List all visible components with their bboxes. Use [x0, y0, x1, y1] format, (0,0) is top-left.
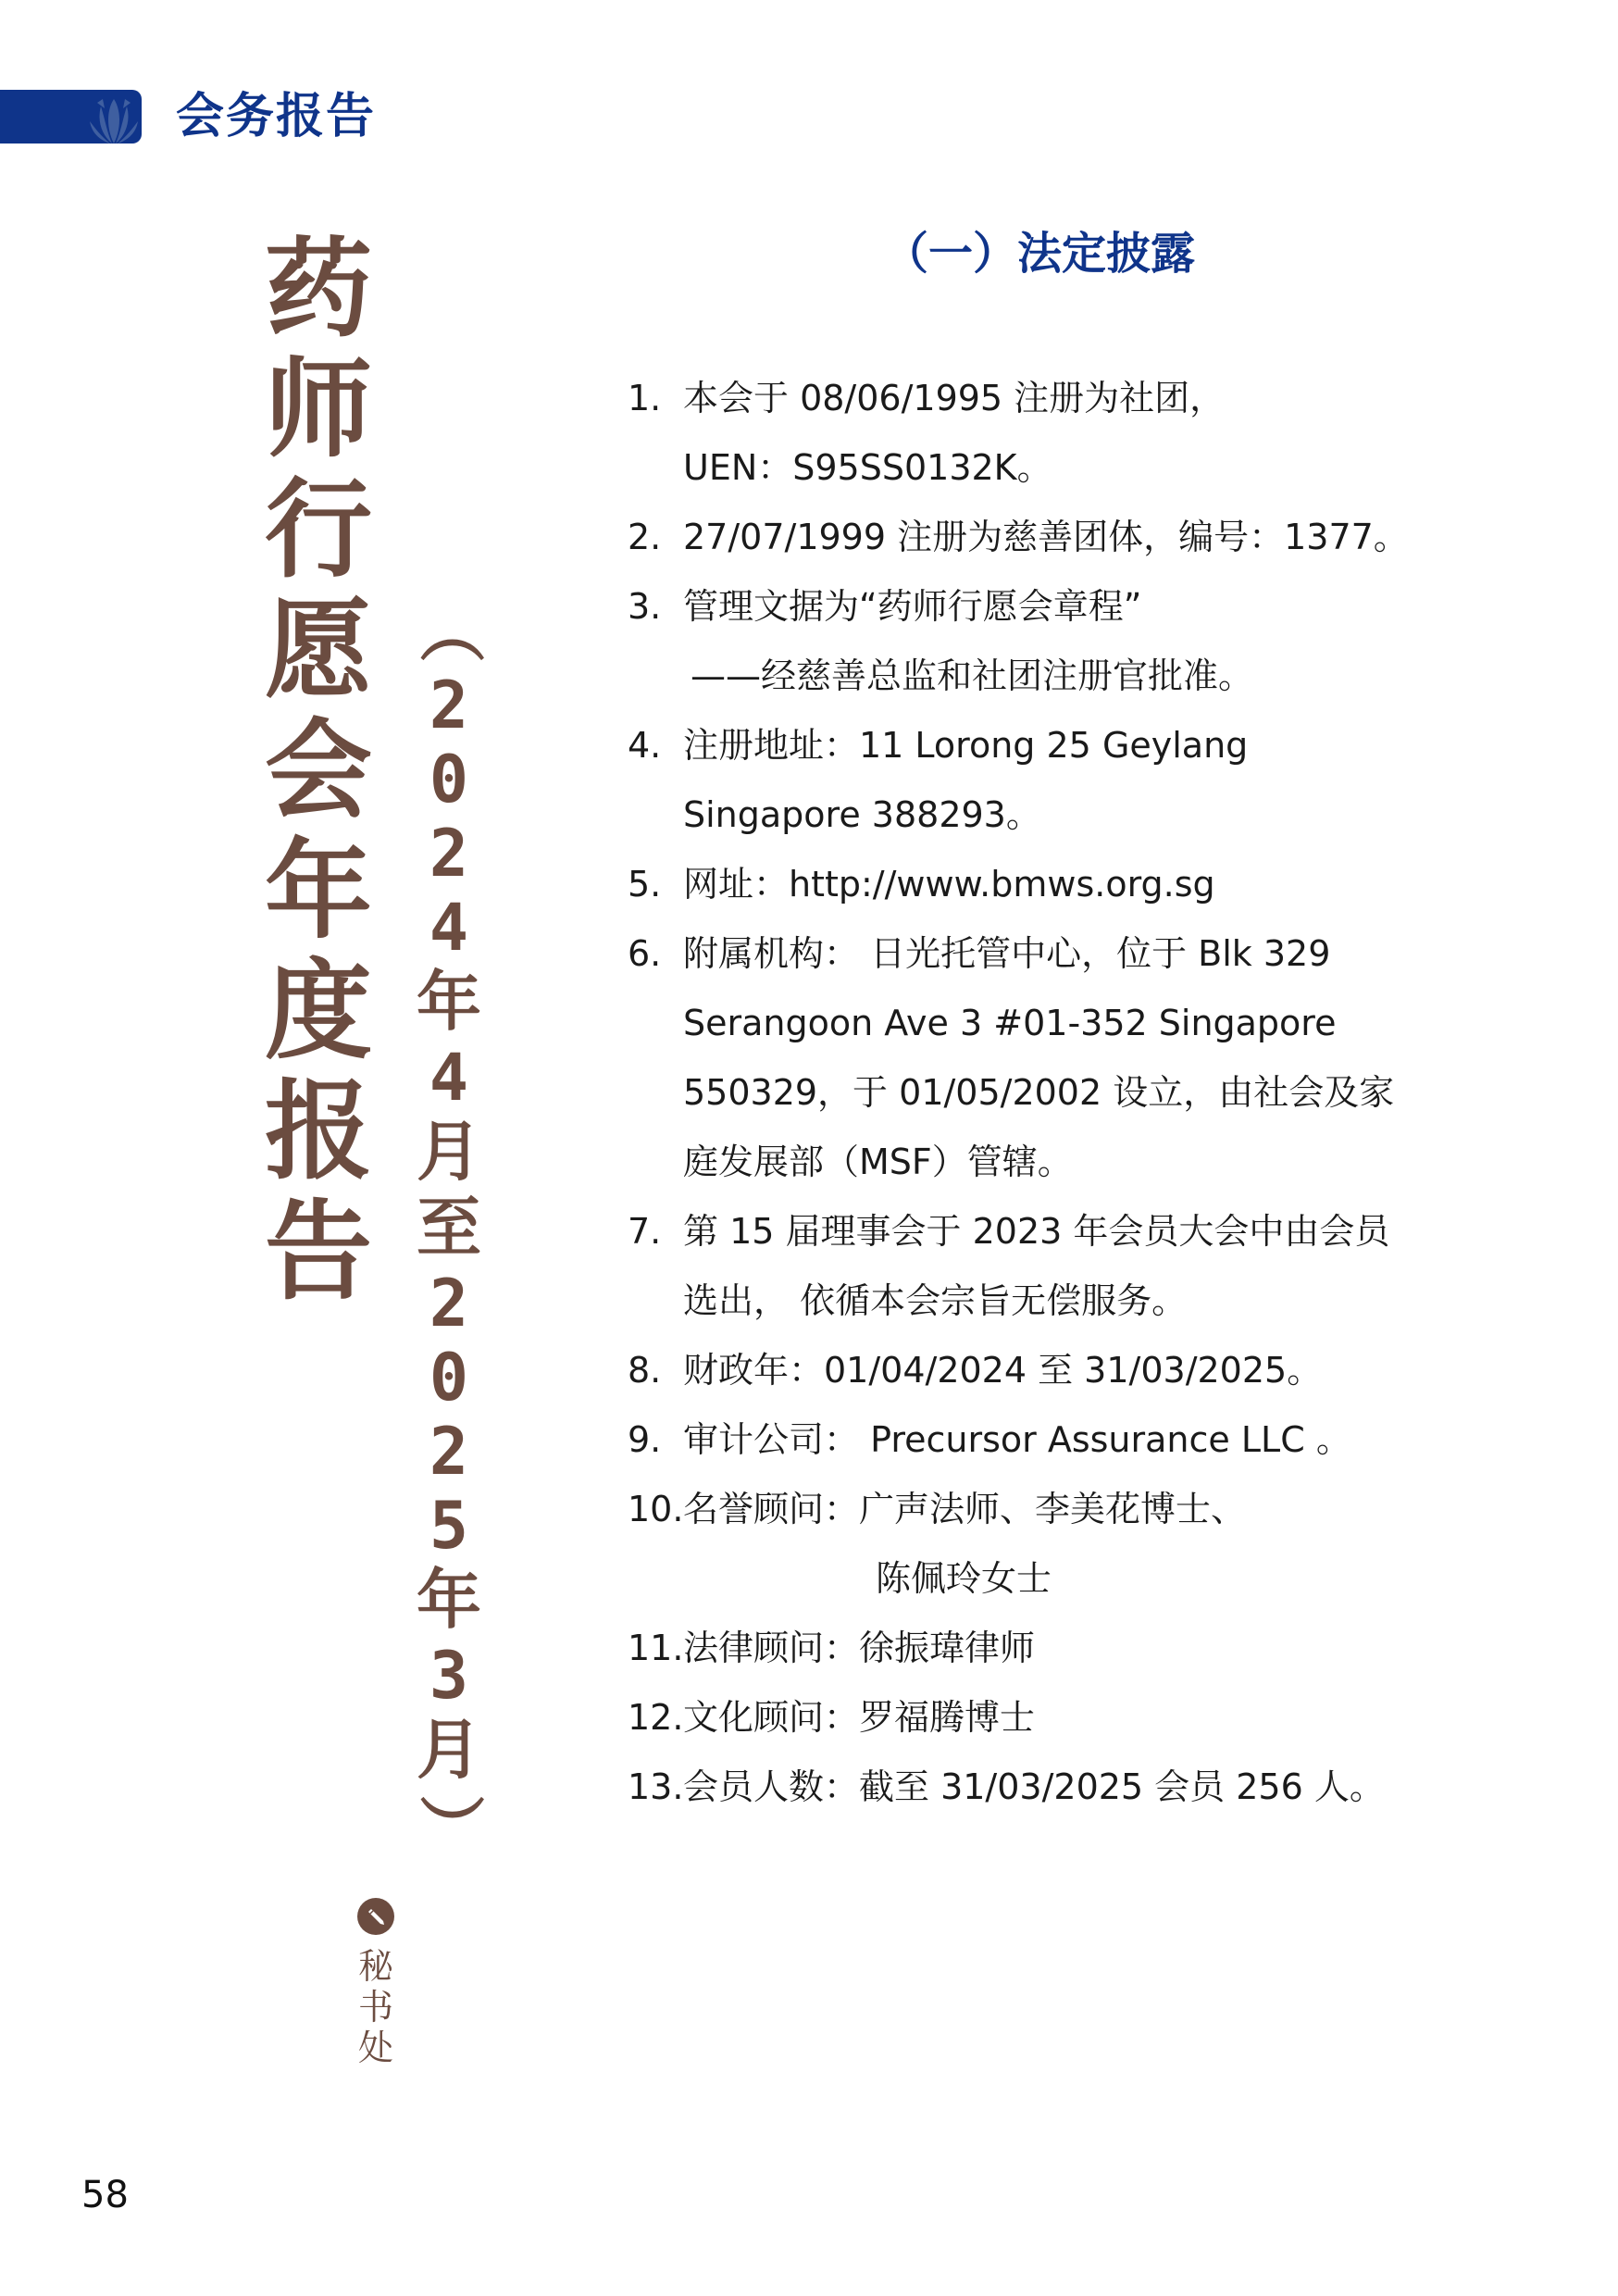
- website-link[interactable]: 网址：http://www.bmws.org.sg: [683, 850, 1215, 919]
- title-char: 度: [261, 952, 376, 1072]
- list-item: 7.第 15 届理事会于 2023 年会员大会中由会员: [628, 1197, 1553, 1267]
- vertical-subtitle: （ 2 0 2 4 年 4 月 至 2 0 2 5 年 3 月 ）: [407, 593, 491, 1865]
- item-text: 财政年：01/04/2024 至 31/03/2025。: [683, 1336, 1322, 1405]
- subtitle-char: 2: [407, 1415, 491, 1489]
- subtitle-char: 2: [407, 1267, 491, 1341]
- list-item: 5.网址：http://www.bmws.org.sg: [628, 850, 1553, 919]
- item-number: 7.: [628, 1197, 661, 1267]
- item-text: 附属机构： 日光托管中心，位于 Blk 329: [683, 919, 1330, 989]
- author-label: 秘 书 处: [355, 1946, 397, 2068]
- item-text: 名誉顾问：广声法师、李美花博士、: [683, 1475, 1246, 1544]
- item-number: 12.: [628, 1683, 683, 1753]
- subtitle-char: 至: [407, 1191, 491, 1267]
- item-text: 庭发展部（MSF）管辖。: [683, 1128, 1073, 1197]
- author-char: 秘: [355, 1946, 397, 1987]
- item-number: 6.: [628, 919, 661, 989]
- item-text: UEN：S95SS0132K。: [683, 433, 1052, 503]
- list-item-continuation: 庭发展部（MSF）管辖。: [628, 1128, 1553, 1197]
- item-text: 本会于 08/06/1995 注册为社团，: [683, 364, 1225, 433]
- list-item: 6.附属机构： 日光托管中心，位于 Blk 329: [628, 919, 1553, 989]
- title-char: 告: [261, 1192, 376, 1313]
- subtitle-char: 年: [407, 1563, 491, 1639]
- item-text: Serangoon Ave 3 #01-352 Singapore: [683, 989, 1336, 1058]
- subtitle-char: ）: [411, 1785, 487, 1868]
- title-char: 年: [261, 831, 376, 952]
- item-number: 4.: [628, 711, 661, 780]
- item-number: 2.: [628, 503, 661, 572]
- subtitle-char: 2: [407, 668, 491, 742]
- page-number: 58: [81, 2174, 129, 2216]
- list-item: 4.注册地址：11 Lorong 25 Geylang: [628, 711, 1553, 780]
- header-band: [0, 90, 142, 143]
- section-title: （一）法定披露: [884, 226, 1195, 281]
- item-text: 文化顾问：罗福腾博士: [683, 1683, 1035, 1753]
- subtitle-char: 0: [407, 742, 491, 817]
- list-item: 13.会员人数：截至 31/03/2025 会员 256 人。: [628, 1753, 1553, 1822]
- title-char: 会: [261, 711, 376, 831]
- item-text: 550329，于 01/05/2002 设立，由社会及家: [683, 1058, 1394, 1128]
- list-item-continuation: 陈佩玲女士: [628, 1544, 1553, 1614]
- item-number: 8.: [628, 1336, 661, 1405]
- title-char: 愿: [261, 591, 376, 711]
- list-item-continuation: 550329，于 01/05/2002 设立，由社会及家: [628, 1058, 1553, 1128]
- item-text: 管理文据为“药师行愿会章程”: [683, 572, 1141, 642]
- subtitle-char: 月: [407, 1713, 491, 1789]
- item-text: 法律顾问：徐振瑋律师: [683, 1614, 1035, 1683]
- title-char: 报: [261, 1072, 376, 1192]
- subtitle-char: 4: [407, 891, 491, 965]
- item-text: 陈佩玲女士: [876, 1544, 1052, 1614]
- item-text: 27/07/1999 注册为慈善团体，编号：1377。: [683, 503, 1409, 572]
- item-text: 注册地址：11 Lorong 25 Geylang: [683, 711, 1248, 780]
- list-item-continuation: Serangoon Ave 3 #01-352 Singapore: [628, 989, 1553, 1058]
- list-item: 9.审计公司： Precursor Assurance LLC 。: [628, 1405, 1553, 1475]
- item-number: 3.: [628, 572, 661, 642]
- list-item-continuation: Singapore 388293。: [628, 780, 1553, 850]
- subtitle-char: 年: [407, 965, 491, 1041]
- subtitle-char: 3: [407, 1639, 491, 1713]
- item-number: 5.: [628, 850, 661, 919]
- item-number: 13.: [628, 1753, 683, 1822]
- item-text: 审计公司： Precursor Assurance LLC 。: [683, 1405, 1351, 1475]
- author-char: 处: [355, 2028, 397, 2068]
- subtitle-char: 5: [407, 1489, 491, 1563]
- subtitle-char: 月: [407, 1115, 491, 1191]
- author-block: 秘 书 处: [355, 1898, 397, 2068]
- author-char: 书: [355, 1987, 397, 2028]
- item-text: ——经慈善总监和社团注册官批准。: [691, 642, 1253, 711]
- list-item: 12.文化顾问：罗福腾博士: [628, 1683, 1553, 1753]
- item-text: Singapore 388293。: [683, 780, 1041, 850]
- list-item: 10.名誉顾问：广声法师、李美花博士、: [628, 1475, 1553, 1544]
- list-item: 3.管理文据为“药师行愿会章程”: [628, 572, 1553, 642]
- item-text: 第 15 届理事会于 2023 年会员大会中由会员: [683, 1197, 1389, 1267]
- list-item: 1.本会于 08/06/1995 注册为社团，: [628, 364, 1553, 433]
- list-item: 8.财政年：01/04/2024 至 31/03/2025。: [628, 1336, 1553, 1405]
- title-char: 行: [261, 470, 376, 591]
- list-item-continuation: 选出， 依循本会宗旨无偿服务。: [628, 1267, 1553, 1336]
- list-item-continuation: UEN：S95SS0132K。: [628, 433, 1553, 503]
- disclosure-list: 1.本会于 08/06/1995 注册为社团， UEN：S95SS0132K。 …: [628, 364, 1553, 1822]
- title-char: 药: [261, 230, 376, 350]
- lotus-icon: [88, 94, 140, 143]
- section-tag: 会务报告: [176, 87, 376, 146]
- item-text: 选出， 依循本会宗旨无偿服务。: [683, 1267, 1187, 1336]
- title-char: 师: [261, 350, 376, 470]
- vertical-title: 药 师 行 愿 会 年 度 报 告: [261, 230, 376, 1313]
- subtitle-char: （: [411, 589, 487, 672]
- item-text: 会员人数：截至 31/03/2025 会员 256 人。: [683, 1753, 1385, 1822]
- item-number: 1.: [628, 364, 661, 433]
- pencil-icon: [357, 1898, 394, 1935]
- item-number: 11.: [628, 1614, 683, 1683]
- subtitle-char: 2: [407, 817, 491, 891]
- subtitle-char: 4: [407, 1041, 491, 1115]
- list-item-continuation: ——经慈善总监和社团注册官批准。: [628, 642, 1553, 711]
- item-number: 10.: [628, 1475, 683, 1544]
- list-item: 2.27/07/1999 注册为慈善团体，编号：1377。: [628, 503, 1553, 572]
- subtitle-char: 0: [407, 1341, 491, 1415]
- item-number: 9.: [628, 1405, 661, 1475]
- list-item: 11.法律顾问：徐振瑋律师: [628, 1614, 1553, 1683]
